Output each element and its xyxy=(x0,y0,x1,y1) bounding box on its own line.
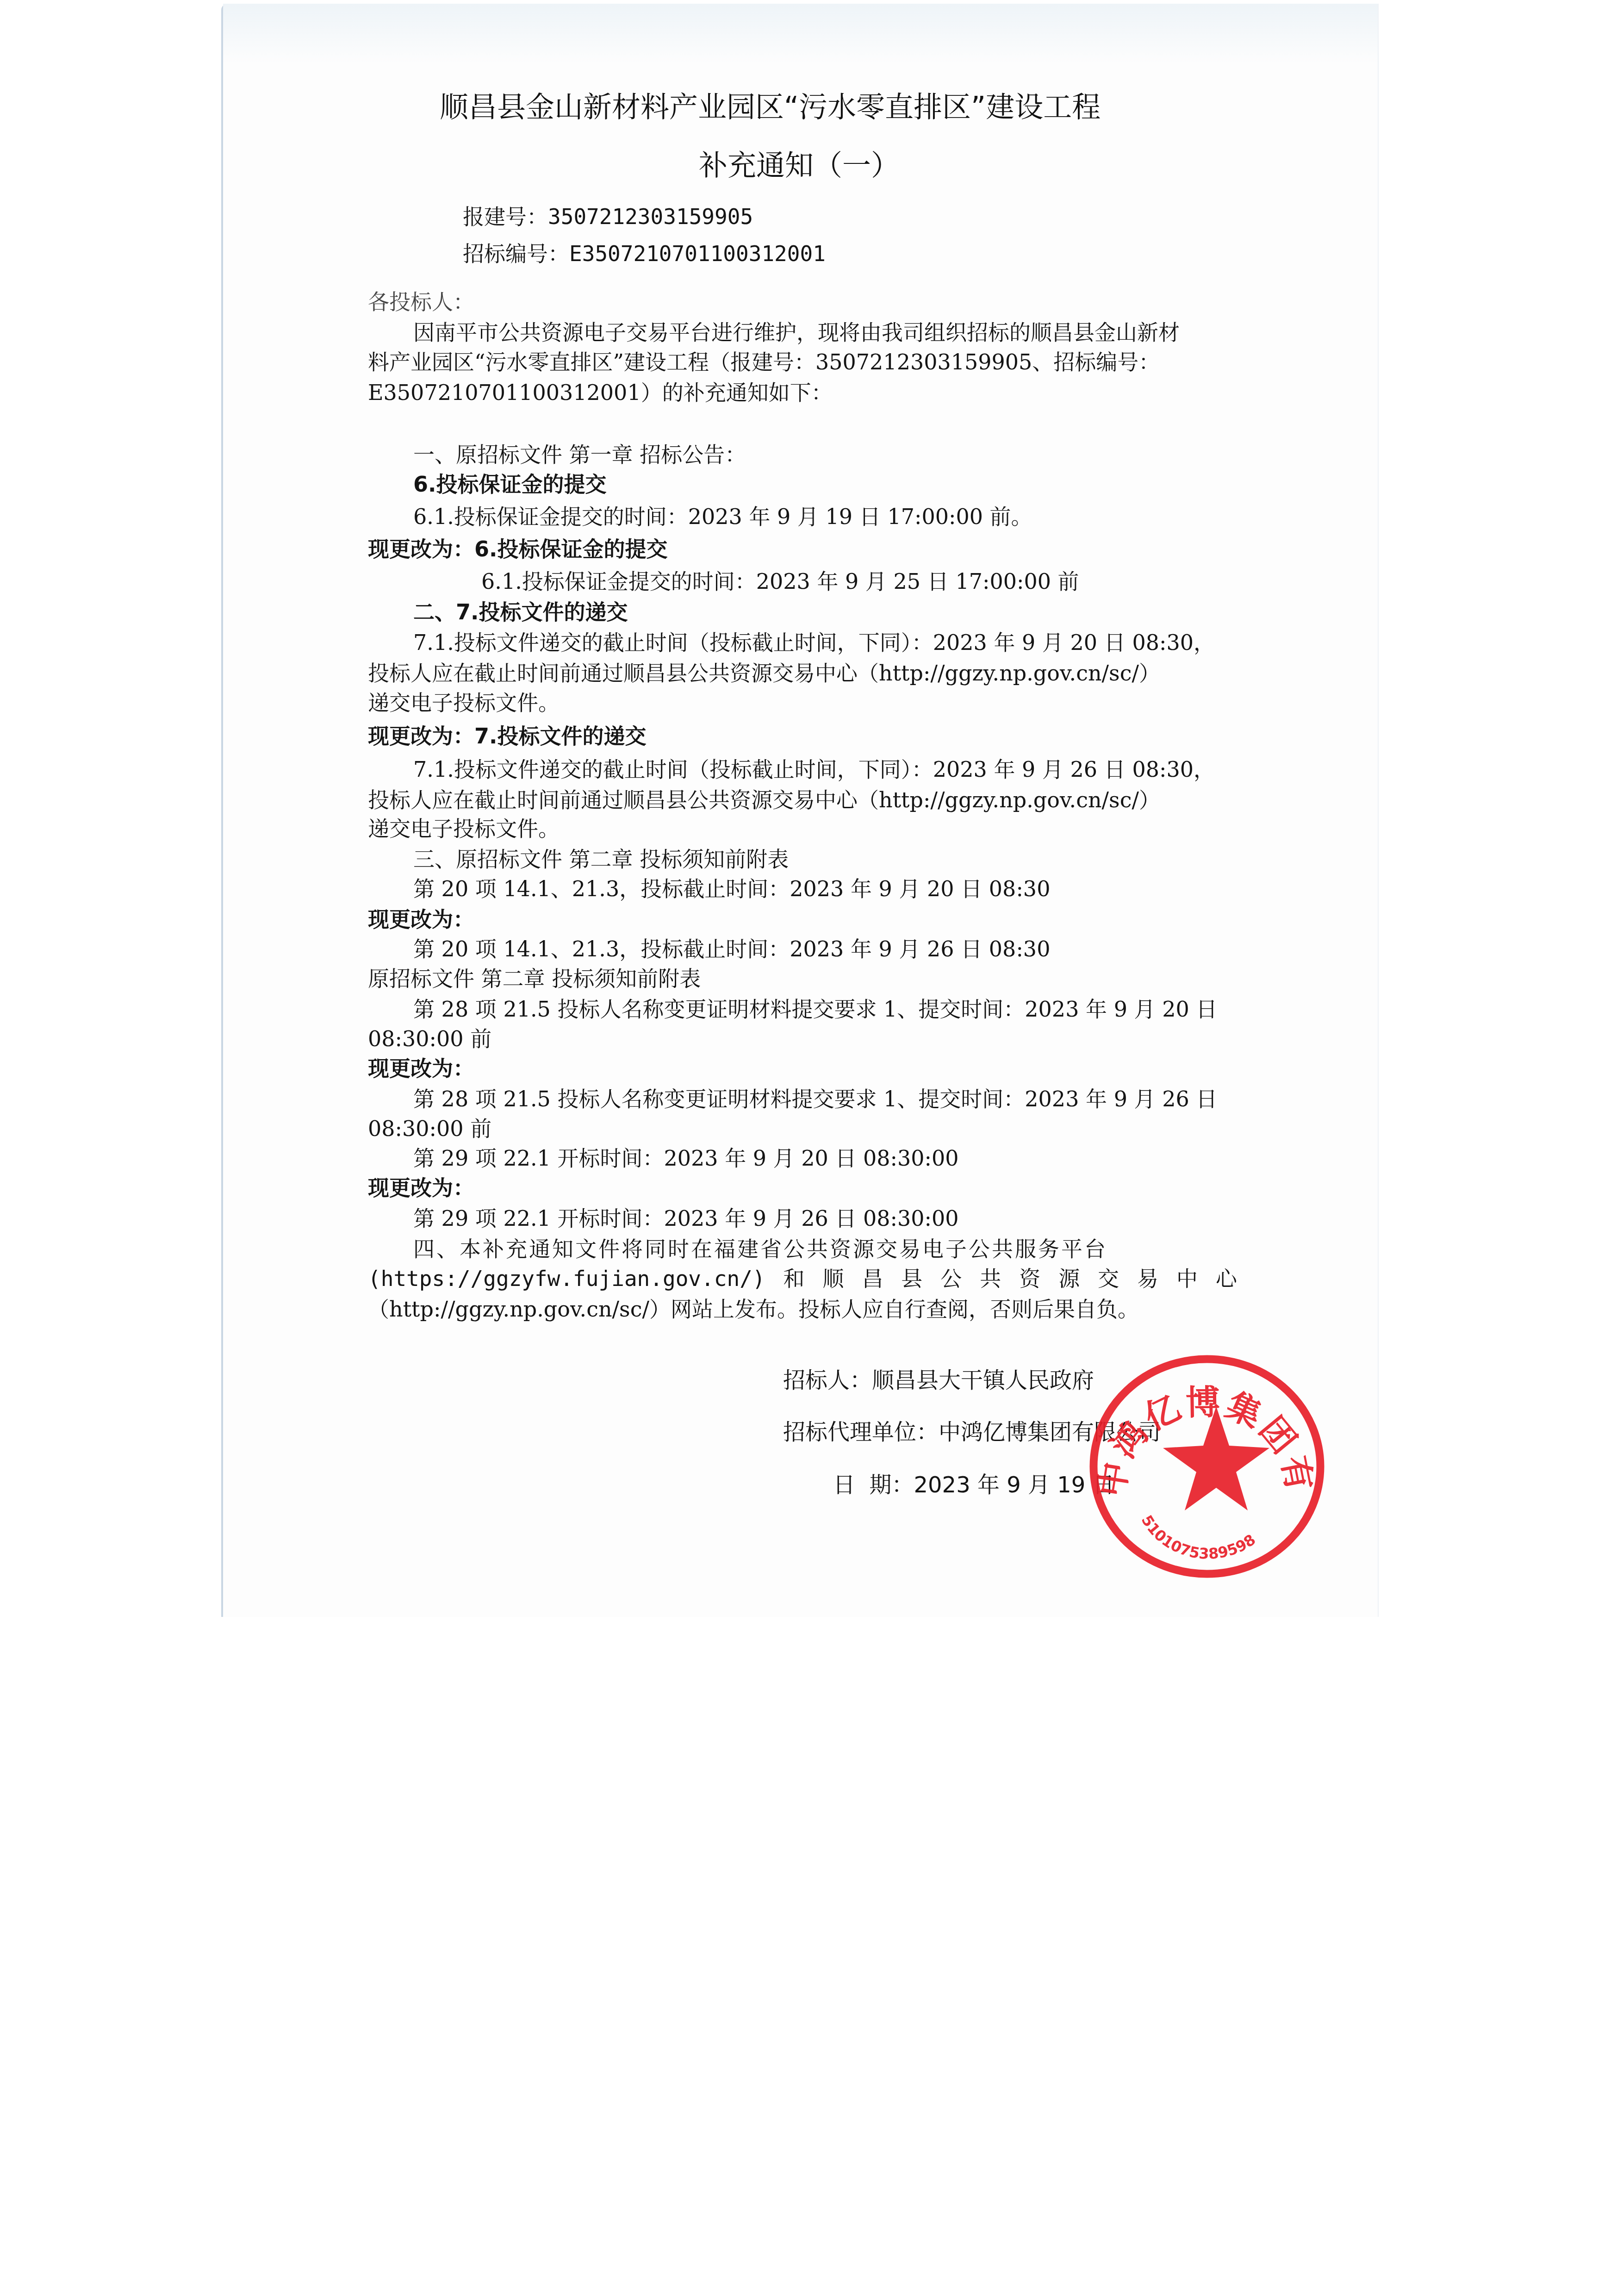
fujian-platform-url: (https://ggzyfw.fujian.gov.cn/) xyxy=(368,1265,765,1292)
section-4-char: 县 xyxy=(901,1265,922,1292)
item-29-change-heading: 现更改为： xyxy=(368,1174,474,1202)
section-4-line-3: （http://ggzy.np.gov.cn/sc/）网站上发布。投标人应自行查… xyxy=(368,1295,1139,1323)
section-1-new: 6.1.投标保证金提交的时间：2023 年 9 月 25 日 17:00:00 … xyxy=(481,568,1079,595)
item-28-new-line-1: 第 28 项 21.5 投标人名称变更证明材料提交要求 1、提交时间：2023 … xyxy=(413,1085,1217,1113)
section-4-char: 源 xyxy=(1058,1265,1080,1292)
section-4-char: 公 xyxy=(940,1265,962,1292)
project-number: 报建号：3507212303159905 xyxy=(463,203,753,231)
section-2-original-line-1: 7.1.投标文件递交的截止时间（投标截止时间，下同）：2023 年 9 月 20… xyxy=(413,629,1215,656)
section-1-change-heading: 现更改为：6.投标保证金的提交 xyxy=(368,535,667,563)
item-28-original-line-1: 第 28 项 21.5 投标人名称变更证明材料提交要求 1、提交时间：2023 … xyxy=(413,995,1217,1023)
salutation: 各投标人： xyxy=(368,288,474,316)
section-4-char: 易 xyxy=(1137,1265,1158,1292)
item-28-change-heading: 现更改为： xyxy=(368,1054,474,1082)
tender-number-label: 招标编号： xyxy=(463,241,569,266)
document-subtitle: 补充通知（一） xyxy=(699,147,900,184)
section-2-original-line-3: 递交电子投标文件。 xyxy=(368,689,560,717)
item-28-original-line-2: 08:30:00 前 xyxy=(368,1025,491,1053)
item-29-new: 第 29 项 22.1 开标时间：2023 年 9 月 26 日 08:30:0… xyxy=(413,1204,959,1232)
intro-line-1: 因南平市公共资源电子交易平台进行维护，现将由我司组织招标的顺昌县金山新材 xyxy=(413,318,1180,346)
scan-shading xyxy=(223,4,1378,64)
tenderer: 招标人：顺昌县大干镇人民政府 xyxy=(783,1366,1094,1394)
item-20-change-heading: 现更改为： xyxy=(368,905,474,933)
section-4-char: 心 xyxy=(1216,1265,1237,1292)
section-2-new-line-1: 7.1.投标文件递交的截止时间（投标截止时间，下同）：2023 年 9 月 26… xyxy=(413,755,1215,783)
section-4-char: 资 xyxy=(1019,1265,1040,1292)
section-4-char: 昌 xyxy=(862,1265,883,1292)
section-2-original-line-2: 投标人应在截止时间前通过顺昌县公共资源交易中心（http://ggzy.np.g… xyxy=(368,659,1160,687)
tender-number: 招标编号：E3507210701100312001 xyxy=(463,240,826,268)
section-2-new-line-3: 递交电子投标文件。 xyxy=(368,815,560,842)
section-1-original: 6.1.投标保证金提交的时间：2023 年 9 月 19 日 17:00:00 … xyxy=(413,503,1032,530)
section-4-char: 顺 xyxy=(822,1265,844,1292)
section-1-subheading: 6.投标保证金的提交 xyxy=(413,470,606,498)
section-3-heading: 三、原招标文件 第二章 投标须知前附表 xyxy=(413,845,789,873)
project-number-label: 报建号： xyxy=(463,204,548,229)
section-4-char: 交 xyxy=(1098,1265,1119,1292)
project-number-value: 3507212303159905 xyxy=(548,204,753,229)
section-4-char: 中 xyxy=(1176,1265,1198,1292)
item-29-original: 第 29 项 22.1 开标时间：2023 年 9 月 20 日 08:30:0… xyxy=(413,1144,959,1172)
svg-text:5101075389598: 5101075389598 xyxy=(1138,1512,1259,1563)
document-date: 日 期：2023 年 9 月 19 日 xyxy=(833,1471,1115,1499)
section-4-char: 共 xyxy=(980,1265,1001,1292)
company-seal-icon: 中鸿亿博集团有限公司 5101075389598 xyxy=(1082,1351,1332,1582)
section-4-char: 和 xyxy=(783,1265,804,1292)
section-3-heading-2: 原招标文件 第二章 投标须知前附表 xyxy=(368,965,701,992)
item-28-new-line-2: 08:30:00 前 xyxy=(368,1115,491,1142)
section-4-line-2: (https://ggzyfw.fujian.gov.cn/) 和 顺 昌 县 … xyxy=(368,1265,1237,1292)
section-2-change-heading: 现更改为：7.投标文件的递交 xyxy=(368,722,646,750)
section-1-heading: 一、原招标文件 第一章 招标公告： xyxy=(413,441,746,468)
tender-number-value: E3507210701100312001 xyxy=(569,241,826,266)
intro-line-3: E3507210701100312001）的补充通知如下： xyxy=(368,379,833,406)
section-2-new-line-2: 投标人应在截止时间前通过顺昌县公共资源交易中心（http://ggzy.np.g… xyxy=(368,786,1160,814)
intro-line-2: 料产业园区“污水零直排区”建设工程（报建号：3507212303159905、招… xyxy=(368,348,1160,376)
section-4-line-1: 四、本补充通知文件将同时在福建省公共资源交易电子公共服务平台 xyxy=(413,1235,1237,1263)
item-20-original: 第 20 项 14.1、21.3，投标截止时间：2023 年 9 月 20 日 … xyxy=(413,875,1050,903)
document-title: 顺昌县金山新材料产业园区“污水零直排区”建设工程 xyxy=(440,89,1101,126)
section-2-heading: 二、7.投标文件的递交 xyxy=(413,598,628,626)
item-20-new: 第 20 项 14.1、21.3，投标截止时间：2023 年 9 月 26 日 … xyxy=(413,935,1050,963)
